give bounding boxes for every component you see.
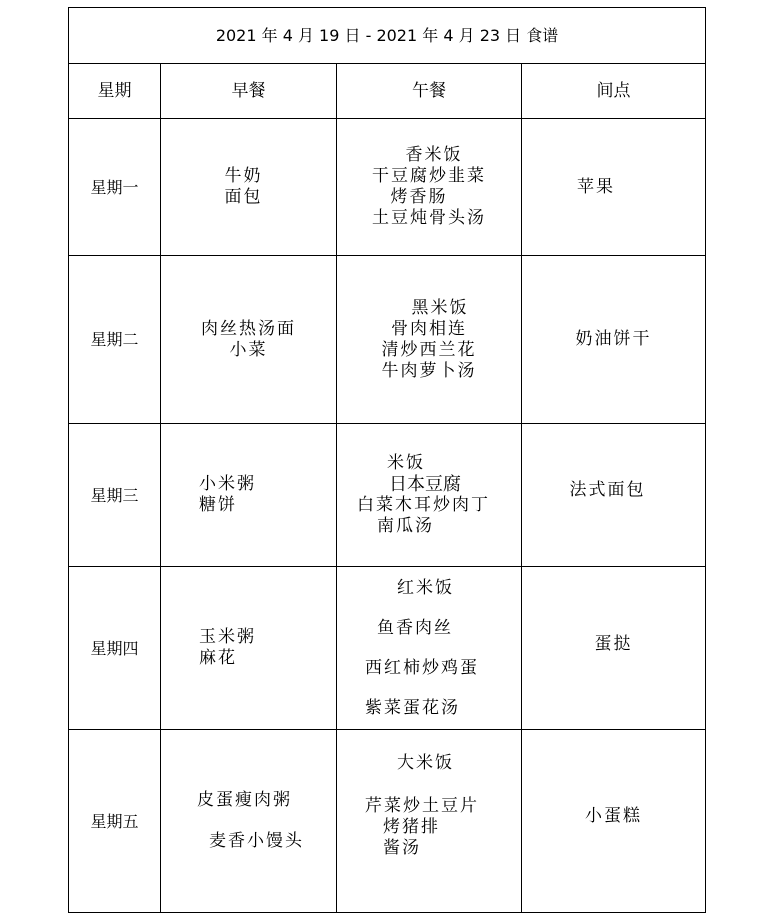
lunch-item: 西红柿炒鸡蛋: [365, 658, 521, 678]
day-label: 星期二: [69, 256, 161, 424]
breakfast-item: 皮蛋瘦肉粥: [197, 790, 336, 811]
day-label: 星期三: [69, 424, 161, 567]
header-day: 星期: [69, 64, 161, 119]
snack-item: 小蛋糕: [522, 806, 705, 827]
lunch-cell: 黑米饭 骨肉相连 清炒西兰花 牛肉萝卜汤: [337, 256, 522, 424]
lunch-item: 牛肉萝卜汤: [337, 361, 521, 382]
title-row: 2021 年 4 月 19 日 - 2021 年 4 月 23 日 食谱: [69, 8, 706, 64]
lunch-item: 酱汤: [383, 838, 521, 859]
breakfast-item: 肉丝热汤面: [161, 319, 336, 340]
header-row: 星期 早餐 午餐 间点: [69, 64, 706, 119]
table-row-thursday: 星期四 玉米粥 麻花 红米饭 鱼香肉丝 西红柿炒鸡蛋 紫菜蛋花汤 蛋挞: [69, 567, 706, 730]
header-snack: 间点: [522, 64, 706, 119]
lunch-item: 南瓜汤: [377, 516, 521, 537]
table-row-wednesday: 星期三 小米粥 糖饼 米饭 日本豆腐 白菜木耳炒肉丁 南瓜汤 法式面包: [69, 424, 706, 567]
snack-cell: 蛋挞: [522, 567, 706, 730]
day-label: 星期五: [69, 730, 161, 913]
lunch-item: 黑米饭: [359, 298, 521, 319]
lunch-item: 紫菜蛋花汤: [365, 698, 521, 718]
snack-item: 法式面包: [510, 480, 705, 501]
lunch-cell: 红米饭 鱼香肉丝 西红柿炒鸡蛋 紫菜蛋花汤: [337, 567, 522, 730]
day-label: 星期四: [69, 567, 161, 730]
menu-title: 2021 年 4 月 19 日 - 2021 年 4 月 23 日 食谱: [69, 8, 706, 64]
breakfast-cell: 牛奶 面包: [161, 119, 337, 256]
table-row-tuesday: 星期二 肉丝热汤面 小菜 黑米饭 骨肉相连 清炒西兰花 牛肉萝卜汤 奶油饼干: [69, 256, 706, 424]
table-row-friday: 星期五 皮蛋瘦肉粥 麦香小馒头 大米饭 芹菜炒土豆片 烤猪排 酱汤 小蛋糕: [69, 730, 706, 913]
day-label: 星期一: [69, 119, 161, 256]
breakfast-cell: 玉米粥 麻花: [161, 567, 337, 730]
lunch-cell: 米饭 日本豆腐 白菜木耳炒肉丁 南瓜汤: [337, 424, 522, 567]
snack-item: 奶油饼干: [522, 329, 705, 350]
lunch-item: 白菜木耳炒肉丁: [357, 495, 521, 516]
snack-cell: 法式面包: [522, 424, 706, 567]
lunch-item: 骨肉相连: [337, 319, 521, 340]
snack-cell: 奶油饼干: [522, 256, 706, 424]
header-lunch: 午餐: [337, 64, 522, 119]
breakfast-item: 牛奶: [151, 166, 336, 187]
header-breakfast: 早餐: [161, 64, 337, 119]
breakfast-cell: 肉丝热汤面 小菜: [161, 256, 337, 424]
breakfast-cell: 皮蛋瘦肉粥 麦香小馒头: [161, 730, 337, 913]
lunch-item: 米饭: [387, 453, 521, 474]
lunch-item: 土豆炖骨头汤: [337, 208, 521, 229]
lunch-item: 烤猪排: [383, 817, 521, 838]
breakfast-item: 糖饼: [199, 495, 336, 516]
breakfast-item: 麻花: [199, 648, 336, 669]
lunch-item: 香米饭: [347, 145, 521, 166]
lunch-item: 大米饭: [397, 753, 521, 774]
breakfast-item: 小菜: [161, 340, 336, 361]
table-row-monday: 星期一 牛奶 面包 香米饭 干豆腐炒韭菜 烤香肠 土豆炖骨头汤 苹果: [69, 119, 706, 256]
breakfast-item: 玉米粥: [199, 627, 336, 648]
lunch-item: 红米饭: [397, 578, 521, 598]
lunch-cell: 大米饭 芹菜炒土豆片 烤猪排 酱汤: [337, 730, 522, 913]
lunch-item: 芹菜炒土豆片: [365, 796, 521, 817]
snack-item: 苹果: [487, 177, 705, 198]
breakfast-item: 面包: [151, 187, 336, 208]
breakfast-item: 麦香小馒头: [209, 831, 336, 852]
breakfast-cell: 小米粥 糖饼: [161, 424, 337, 567]
snack-cell: 小蛋糕: [522, 730, 706, 913]
lunch-item: 清炒西兰花: [337, 340, 521, 361]
breakfast-item: 小米粥: [199, 474, 336, 495]
snack-cell: 苹果: [522, 119, 706, 256]
lunch-item: 日本豆腐: [389, 474, 521, 495]
lunch-item: 鱼香肉丝: [377, 618, 521, 638]
snack-item: 蛋挞: [522, 634, 705, 655]
weekly-menu-table: 2021 年 4 月 19 日 - 2021 年 4 月 23 日 食谱 星期 …: [68, 7, 706, 913]
